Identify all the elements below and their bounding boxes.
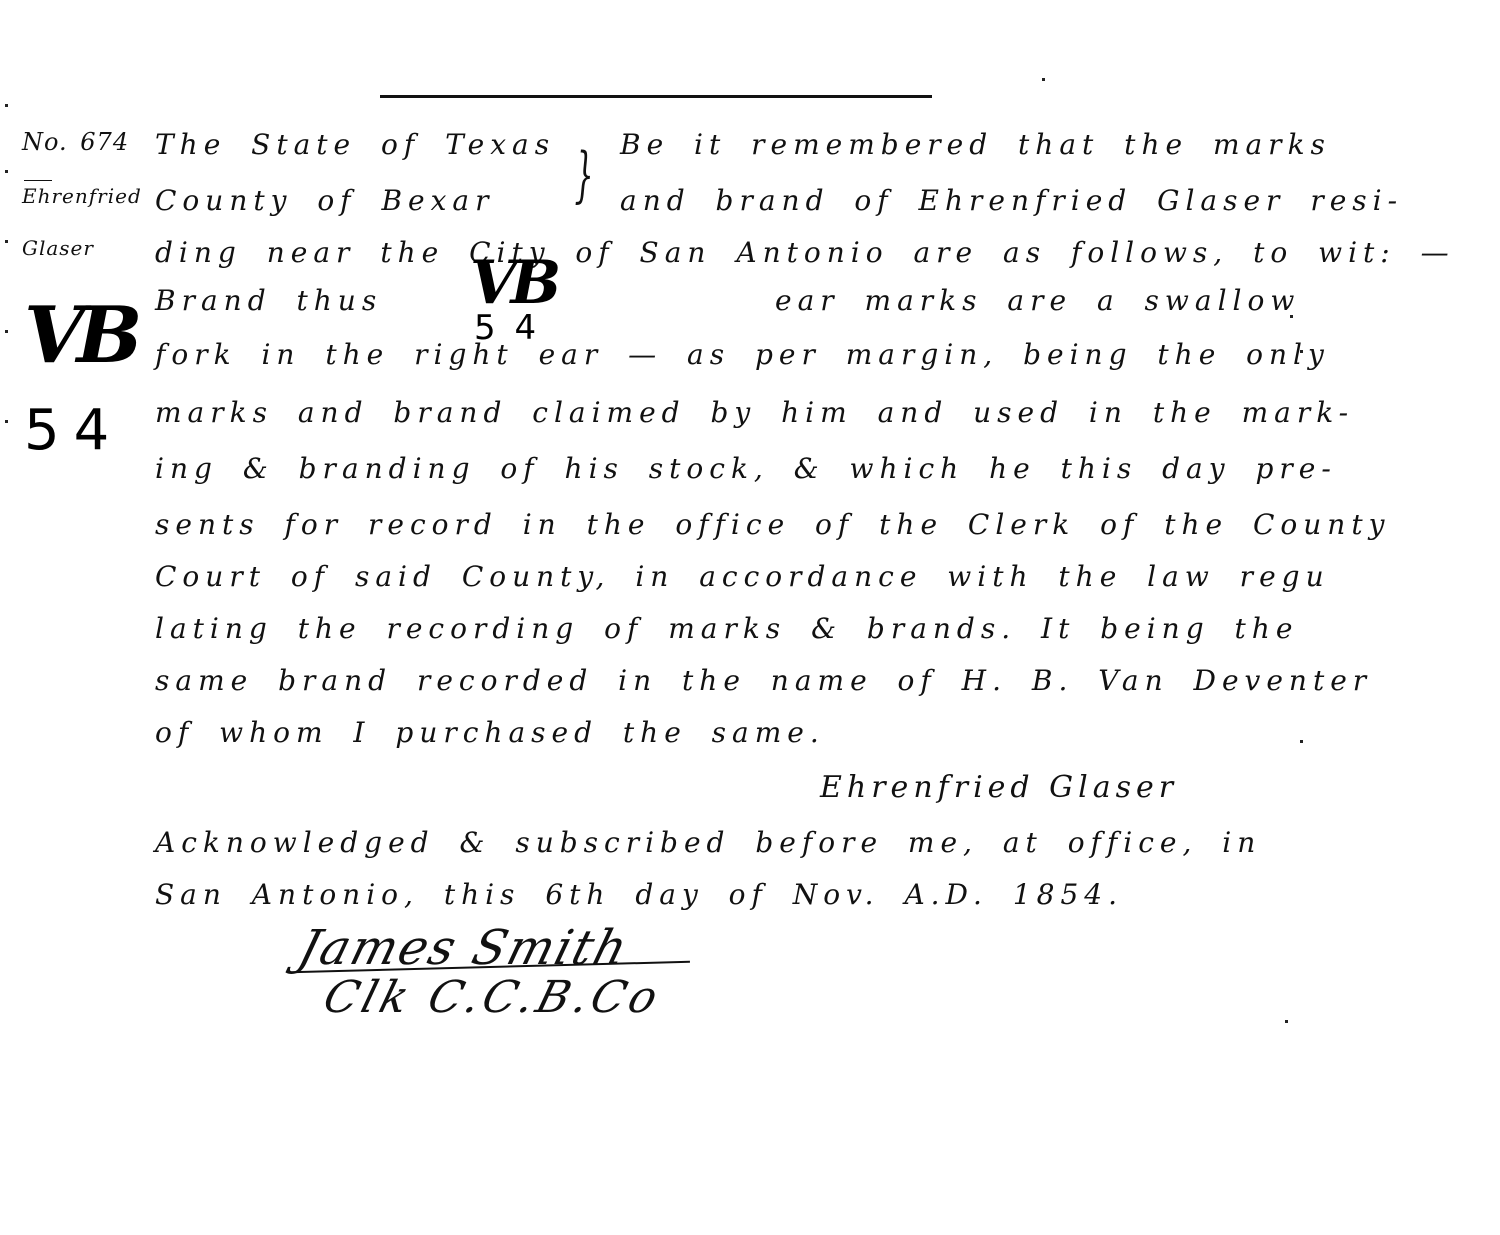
- body-line: marks and brand claimed by him and used …: [155, 396, 1354, 429]
- body-line: ing & branding of his stock, & which he …: [155, 452, 1337, 485]
- body-line: fork in the right ear — as per margin, b…: [155, 338, 1330, 371]
- body-line: and brand of Ehrenfried Glaser resi-: [620, 184, 1403, 217]
- body-line: sents for record in the office of the Cl…: [155, 508, 1390, 541]
- margin-name-last: Glaser: [22, 236, 94, 260]
- scan-speck: [5, 240, 8, 243]
- record-number: No. 674: [22, 128, 129, 156]
- body-line: Court of said County, in accordance with…: [155, 560, 1330, 593]
- margin-ear-mark-numbers: 54: [24, 398, 123, 463]
- scan-speck: [1285, 1020, 1288, 1023]
- body-line: ding near the City of San Antonio are as…: [155, 236, 1455, 269]
- top-rule-line: [380, 95, 932, 98]
- scan-speck: [5, 330, 8, 333]
- scan-speck: [5, 104, 8, 107]
- acknowledgement-line: Acknowledged & subscribed before me, at …: [155, 826, 1261, 859]
- body-line: of whom I purchased the same.: [155, 716, 825, 749]
- document-page: No. 674 Ehrenfried Glaser VB 54 The Stat…: [0, 0, 1500, 1235]
- body-line: Be it remembered that the marks: [620, 128, 1331, 161]
- body-line: lating the recording of marks & brands. …: [155, 612, 1298, 645]
- heading-brace: }: [575, 140, 594, 210]
- scan-speck: [5, 420, 8, 423]
- body-line: ear marks are a swallow: [775, 284, 1300, 317]
- clerk-signature-title: Clk C.C.B.Co: [318, 972, 667, 1023]
- margin-divider: [24, 180, 52, 181]
- acknowledgement-line: San Antonio, this 6th day of Nov. A.D. 1…: [155, 878, 1123, 911]
- body-line: Brand thus: [155, 284, 382, 317]
- scan-speck: [1290, 315, 1293, 318]
- margin-name-first: Ehrenfried: [22, 184, 142, 208]
- body-line: same brand recorded in the name of H. B.…: [155, 664, 1372, 697]
- heading-state: The State of Texas: [155, 128, 555, 161]
- scan-speck: [1300, 350, 1303, 353]
- applicant-signature: Ehrenfried Glaser: [820, 770, 1178, 805]
- margin-brand-mark: VB: [24, 290, 134, 381]
- scan-speck: [1300, 740, 1303, 743]
- scan-speck: [1042, 78, 1045, 81]
- heading-county: County of Bexar: [155, 184, 494, 217]
- scan-speck: [5, 170, 8, 173]
